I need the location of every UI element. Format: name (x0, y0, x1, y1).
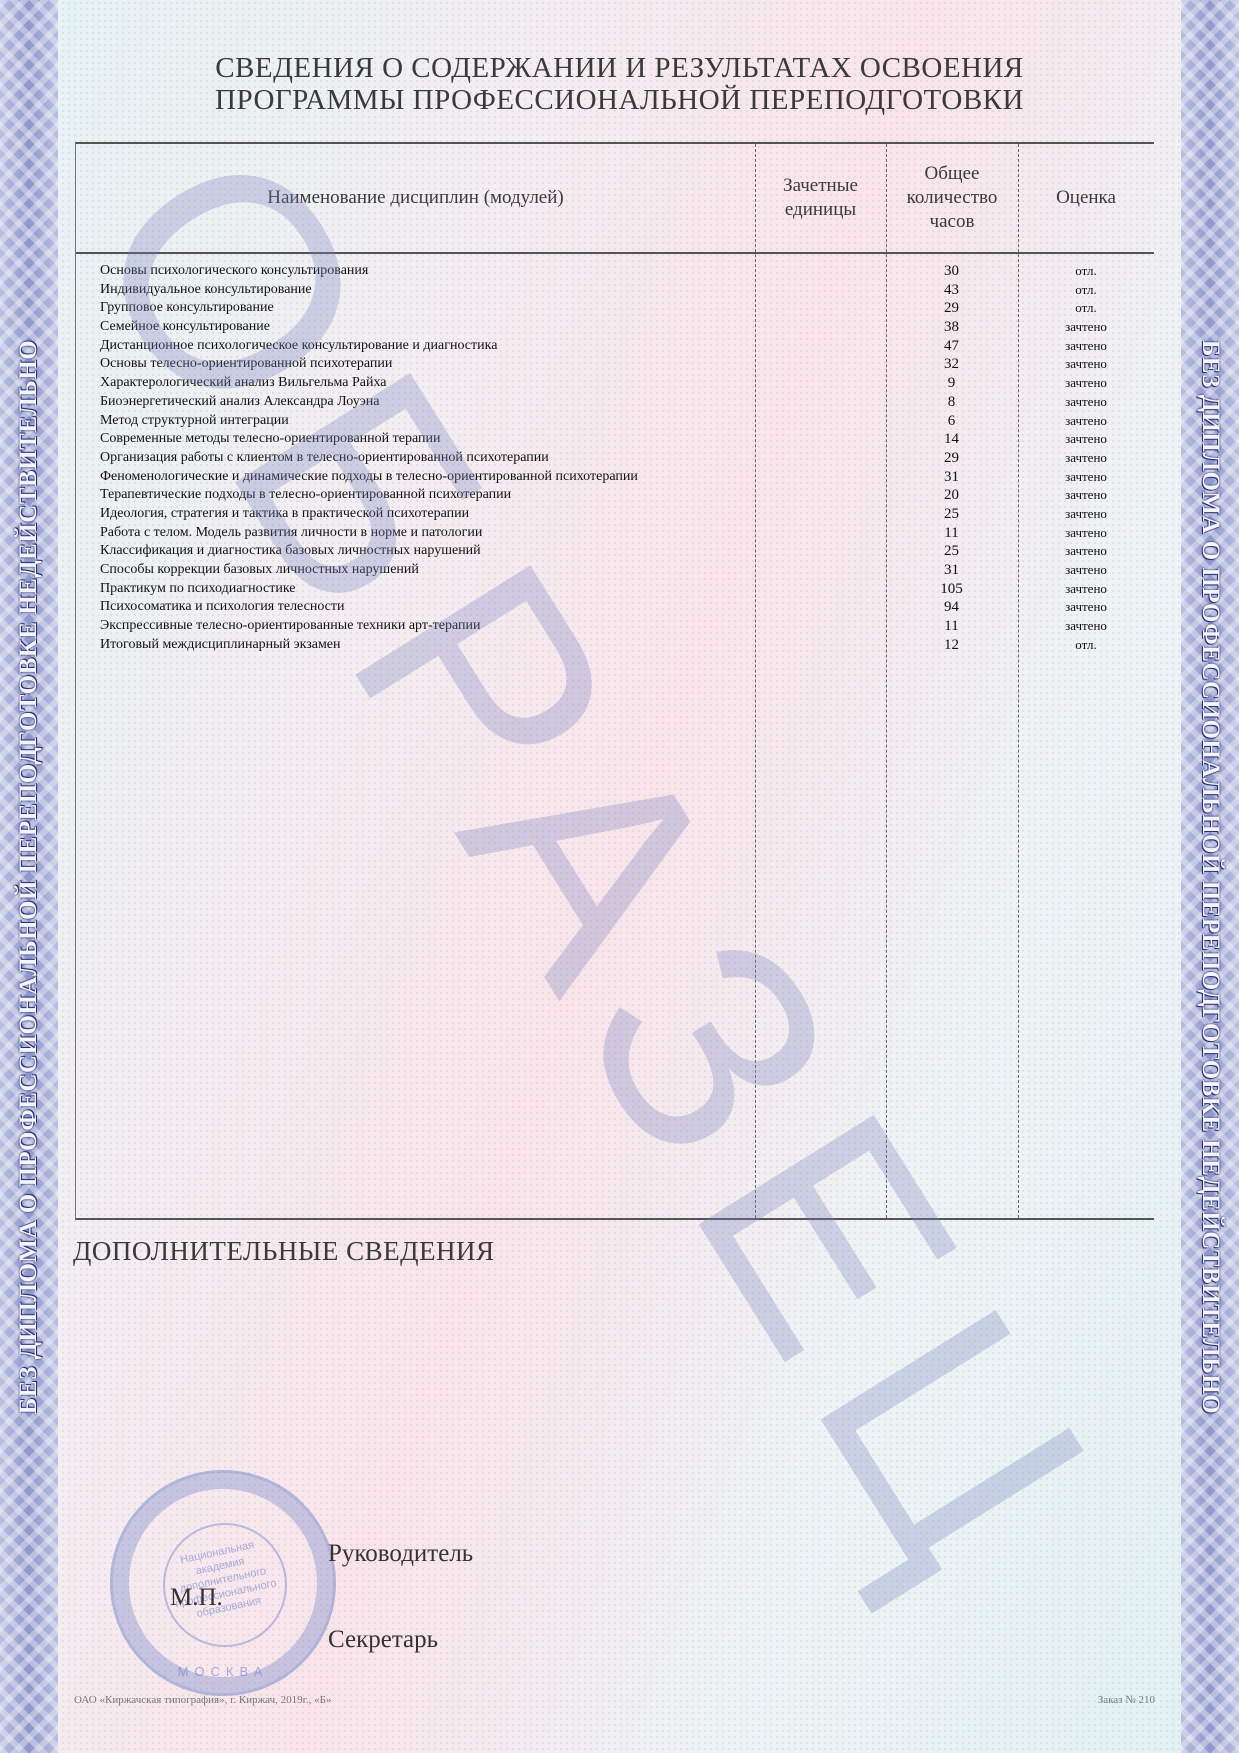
grade-value: зачтено (1018, 486, 1154, 504)
grade-value: зачтено (1018, 412, 1154, 430)
grade-value: зачтено (1018, 561, 1154, 579)
grade-value: зачтено (1018, 337, 1154, 355)
table-row: Биоэнергетический анализ Александра Лоуэ… (76, 393, 1154, 412)
discipline-name: Индивидуальное консультирование (100, 281, 312, 299)
grade-value: зачтено (1018, 524, 1154, 542)
hours-value: 29 (886, 449, 1017, 467)
header-credits: Зачетные единицы (755, 144, 886, 252)
discipline-name: Основы психологического консультирования (100, 262, 368, 280)
table-row: Феноменологические и динамические подход… (76, 468, 1154, 487)
hours-value: 20 (886, 486, 1017, 504)
table-row: Итоговый междисциплинарный экзамен12отл. (76, 636, 1154, 655)
table-row: Классификация и диагностика базовых личн… (76, 542, 1154, 561)
hours-value: 25 (886, 505, 1017, 523)
table-row: Групповое консультирование29отл. (76, 299, 1154, 318)
grade-value: зачтено (1018, 580, 1154, 598)
discipline-name: Характерологический анализ Вильгельма Ра… (100, 374, 387, 392)
hours-value: 14 (886, 430, 1017, 448)
header-grade: Оценка (1018, 144, 1154, 252)
table-row: Идеология, стратегия и тактика в практич… (76, 505, 1154, 524)
discipline-name: Метод структурной интеграции (100, 412, 289, 430)
header-divider (76, 252, 1154, 254)
hours-value: 29 (886, 299, 1017, 317)
hours-value: 31 (886, 468, 1017, 486)
table-row: Характерологический анализ Вильгельма Ра… (76, 374, 1154, 393)
document-title: СВЕДЕНИЯ О СОДЕРЖАНИИ И РЕЗУЛЬТАТАХ ОСВО… (0, 52, 1239, 116)
grade-value: зачтено (1018, 449, 1154, 467)
discipline-name: Биоэнергетический анализ Александра Лоуэ… (100, 393, 379, 411)
hours-value: 32 (886, 355, 1017, 373)
printer-info: ОАО «Киржачская типография», г. Киржач, … (74, 1694, 332, 1706)
discipline-name: Экспрессивные телесно-ориентированные те… (100, 617, 480, 635)
discipline-name: Дистанционное психологическое консультир… (100, 337, 497, 355)
grade-value: зачтено (1018, 430, 1154, 448)
grade-value: зачтено (1018, 505, 1154, 523)
discipline-name: Работа с телом. Модель развития личности… (100, 524, 482, 542)
stamp-city: МОСКВА (113, 1664, 333, 1679)
left-security-band: БЕЗ ДИПЛОМА О ПРОФЕССИОНАЛЬНОЙ ПЕРЕПОДГО… (0, 0, 58, 1753)
hours-value: 38 (886, 318, 1017, 336)
table-row: Современные методы телесно-ориентированн… (76, 430, 1154, 449)
discipline-name: Классификация и диагностика базовых личн… (100, 542, 481, 560)
discipline-name: Терапевтические подходы в телесно-ориент… (100, 486, 511, 504)
discipline-name: Организация работы с клиентом в телесно-… (100, 449, 549, 467)
right-security-band: БЕЗ ДИПЛОМА О ПРОФЕССИОНАЛЬНОЙ ПЕРЕПОДГО… (1181, 0, 1239, 1753)
grade-value: зачтено (1018, 598, 1154, 616)
discipline-name: Итоговый междисциплинарный экзамен (100, 636, 341, 654)
discipline-name: Основы телесно-ориентированной психотера… (100, 355, 392, 373)
header-discipline: Наименование дисциплин (модулей) (76, 144, 755, 252)
hours-value: 47 (886, 337, 1017, 355)
header-hours: Общее количество часов (886, 144, 1018, 252)
hours-value: 43 (886, 281, 1017, 299)
grade-value: зачтено (1018, 318, 1154, 336)
hours-value: 31 (886, 561, 1017, 579)
grade-value: отл. (1018, 636, 1154, 654)
hours-value: 94 (886, 598, 1017, 616)
order-number: Заказ № 210 (1098, 1694, 1155, 1706)
discipline-name: Способы коррекции базовых личностных нар… (100, 561, 419, 579)
title-line-2: ПРОГРАММЫ ПРОФЕССИОНАЛЬНОЙ ПЕРЕПОДГОТОВК… (0, 84, 1239, 116)
seal-label: М.П. (170, 1584, 223, 1612)
discipline-name: Идеология, стратегия и тактика в практич… (100, 505, 469, 523)
hours-value: 105 (886, 580, 1017, 598)
disciplines-table: Наименование дисциплин (модулей) Зачетны… (75, 142, 1154, 1220)
hours-value: 8 (886, 393, 1017, 411)
hours-value: 12 (886, 636, 1017, 654)
title-line-1: СВЕДЕНИЯ О СОДЕРЖАНИИ И РЕЗУЛЬТАТАХ ОСВО… (0, 52, 1239, 84)
table-row: Психосоматика и психология телесности94з… (76, 598, 1154, 617)
hours-value: 11 (886, 524, 1017, 542)
discipline-name: Современные методы телесно-ориентированн… (100, 430, 440, 448)
grade-value: отл. (1018, 281, 1154, 299)
grade-value: отл. (1018, 262, 1154, 280)
grade-value: отл. (1018, 299, 1154, 317)
signature-secretary-label: Секретарь (328, 1626, 438, 1654)
table-row: Метод структурной интеграции6зачтено (76, 412, 1154, 431)
hours-value: 6 (886, 412, 1017, 430)
table-row: Терапевтические подходы в телесно-ориент… (76, 486, 1154, 505)
table-row: Практикум по психодиагностике105зачтено (76, 580, 1154, 599)
discipline-name: Практикум по психодиагностике (100, 580, 296, 598)
discipline-name: Групповое консультирование (100, 299, 274, 317)
left-band-text: БЕЗ ДИПЛОМА О ПРОФЕССИОНАЛЬНОЙ ПЕРЕПОДГО… (15, 339, 43, 1413)
table-row: Основы психологического консультирования… (76, 262, 1154, 281)
discipline-name: Феноменологические и динамические подход… (100, 468, 638, 486)
table-row: Работа с телом. Модель развития личности… (76, 524, 1154, 543)
discipline-name: Психосоматика и психология телесности (100, 598, 345, 616)
signature-head-label: Руководитель (328, 1540, 473, 1568)
hours-value: 9 (886, 374, 1017, 392)
hours-value: 11 (886, 617, 1017, 635)
table-row: Семейное консультирование38зачтено (76, 318, 1154, 337)
table-row: Способы коррекции базовых личностных нар… (76, 561, 1154, 580)
hours-value: 25 (886, 542, 1017, 560)
right-band-text: БЕЗ ДИПЛОМА О ПРОФЕССИОНАЛЬНОЙ ПЕРЕПОДГО… (1196, 339, 1224, 1413)
table-row: Дистанционное психологическое консультир… (76, 337, 1154, 356)
grade-value: зачтено (1018, 468, 1154, 486)
table-row: Организация работы с клиентом в телесно-… (76, 449, 1154, 468)
table-row: Экспрессивные телесно-ориентированные те… (76, 617, 1154, 636)
table-row: Основы телесно-ориентированной психотера… (76, 355, 1154, 374)
grade-value: зачтено (1018, 374, 1154, 392)
seal-stamp: Национальная академия дополнительного пр… (110, 1470, 336, 1696)
table-body: Основы психологического консультирования… (76, 262, 1154, 654)
table-row: Индивидуальное консультирование43отл. (76, 281, 1154, 300)
additional-info-title: ДОПОЛНИТЕЛЬНЫЕ СВЕДЕНИЯ (73, 1236, 495, 1267)
grade-value: зачтено (1018, 355, 1154, 373)
hours-value: 30 (886, 262, 1017, 280)
grade-value: зачтено (1018, 393, 1154, 411)
grade-value: зачтено (1018, 542, 1154, 560)
grade-value: зачтено (1018, 617, 1154, 635)
discipline-name: Семейное консультирование (100, 318, 270, 336)
